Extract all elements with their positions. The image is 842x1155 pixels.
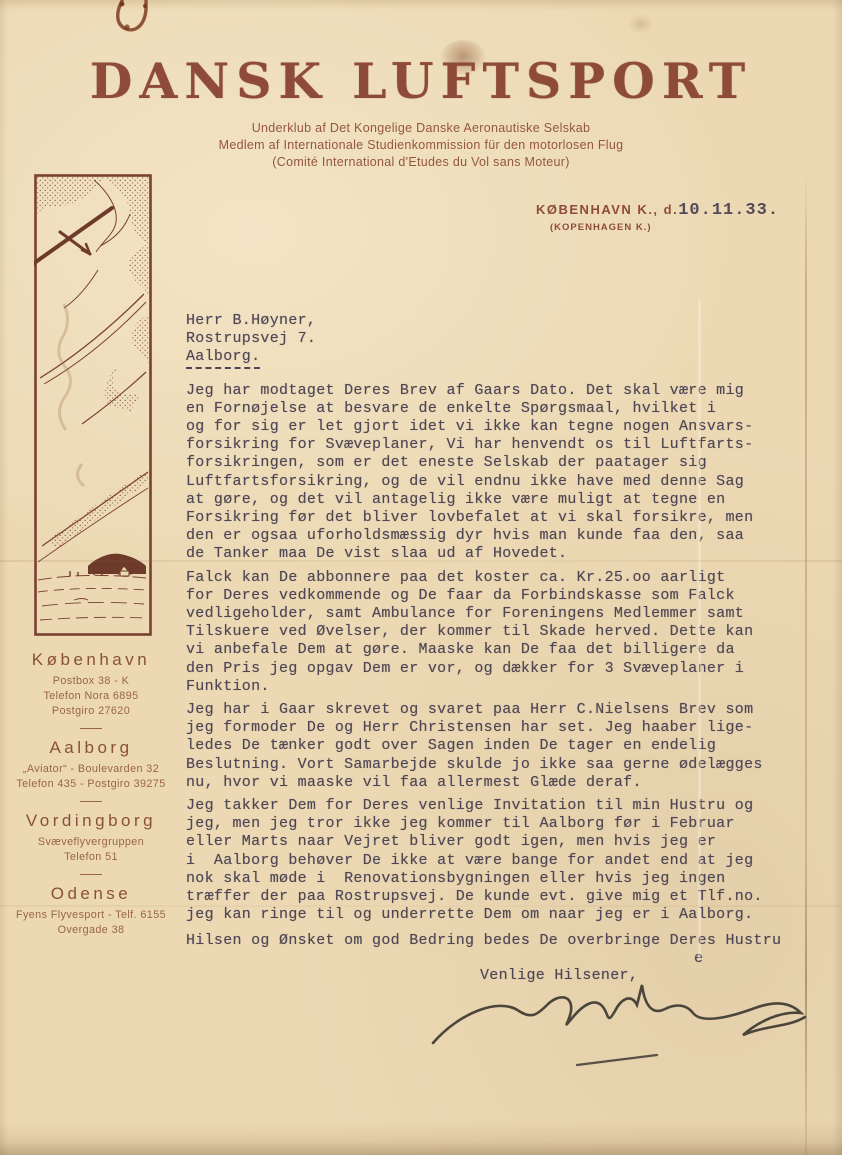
divider — [80, 728, 102, 729]
recipient-address: Herr B.Høyner, Rostrupsvej 7. — [186, 312, 834, 348]
office-details: Fyens Flyvesport - Telf. 6155 Overgade 3… — [0, 908, 182, 938]
scanned-letter-page: DANSK LUFTSPORT Underklub af Det Kongeli… — [0, 0, 842, 1155]
fold-line — [0, 905, 842, 907]
divider — [80, 801, 102, 802]
office-details: „Aviator“ - Boulevarden 32 Telefon 435 -… — [0, 762, 182, 792]
page-title: DANSK LUFTSPORT — [0, 52, 842, 110]
stain-small — [628, 14, 654, 34]
paper-crease-light — [698, 300, 701, 960]
fold-line — [0, 560, 842, 562]
office-city: Odense — [0, 884, 182, 904]
divider — [80, 874, 102, 875]
letter-paragraph: Falck kan De abbonnere paa det koster ca… — [186, 569, 834, 696]
closing-line: Hilsen og Ønsket om god Bedring bedes De… — [186, 932, 834, 950]
office-list: København Postbox 38 - K Telefon Nora 68… — [0, 650, 182, 938]
dateline-city: KØBENHAVN K., d. — [536, 202, 678, 217]
letter-paragraph: Jeg har modtaget Deres Brev af Gaars Dat… — [186, 382, 834, 564]
office-aalborg: Aalborg „Aviator“ - Boulevarden 32 Telef… — [0, 738, 182, 792]
office-details: Svæveflyvergruppen Telefon 51 — [0, 835, 182, 865]
office-odense: Odense Fyens Flyvesport - Telf. 6155 Ove… — [0, 884, 182, 938]
office-kobenhavn: København Postbox 38 - K Telefon Nora 68… — [0, 650, 182, 719]
letter-paragraph: Jeg har i Gaar skrevet og svaret paa Her… — [186, 701, 834, 792]
handwritten-signature — [425, 975, 810, 1075]
letter-body: Herr B.Høyner, Rostrupsvej 7. Aalborg. J… — [186, 312, 834, 984]
office-vordingborg: Vordingborg Svæveflyvergruppen Telefon 5… — [0, 811, 182, 865]
letterhead-subtitle: Underklub af Det Kongelige Danske Aerona… — [0, 120, 842, 171]
typed-date: 10.11.33. — [678, 201, 779, 220]
paper-crease — [805, 170, 807, 1155]
glider-illustration — [34, 174, 152, 636]
dateline: KØBENHAVN K., d.10.11.33. (KOPENHAGEN K.… — [536, 201, 779, 233]
office-city: Vordingborg — [0, 811, 182, 831]
office-city: København — [0, 650, 182, 670]
recipient-city: Aalborg. — [186, 348, 260, 368]
office-details: Postbox 38 - K Telefon Nora 6895 Postgir… — [0, 674, 182, 719]
dateline-parenthetical: (KOPENHAGEN K.) — [550, 222, 779, 233]
closing-overflow-char: e — [694, 950, 834, 968]
office-city: Aalborg — [0, 738, 182, 758]
ink-blot — [100, 0, 170, 42]
